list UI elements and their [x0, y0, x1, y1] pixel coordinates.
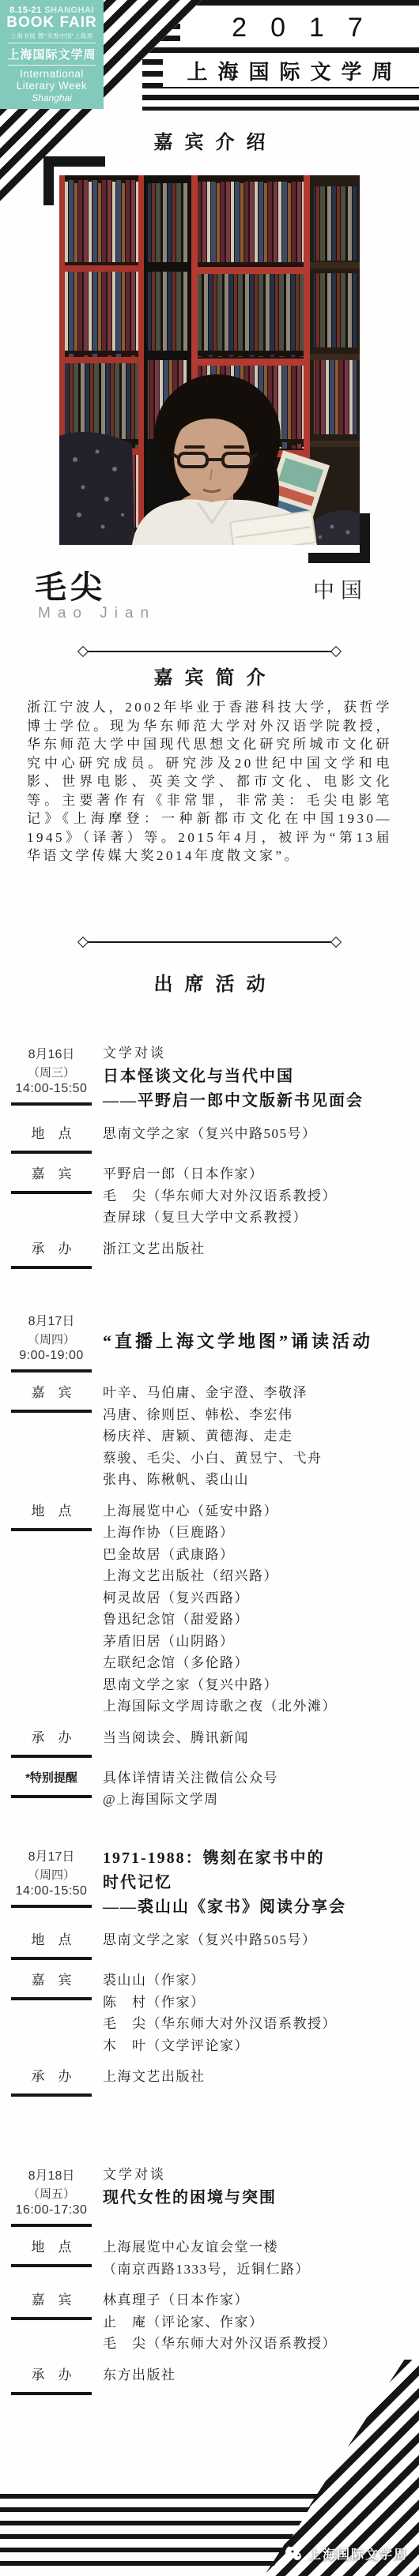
event-datetime: 8月16日（周三）14:00-15:50 [11, 1044, 92, 1106]
event-row-content: 上海展览中心（延安中路）上海作协（巨鹿路）巴金故居（武康路）上海文艺出版社（绍兴… [103, 1500, 414, 1718]
event-time: 14:00-15:50 [11, 1082, 92, 1096]
guest-photo [59, 175, 360, 545]
event-row-content: 林真理子（日本作家）止 庵（评论家、作家）毛 尖（华东师大对外汉语系教授） [103, 2289, 414, 2355]
event-row-line: 冯唐、徐则臣、韩松、李宏伟 [103, 1404, 414, 1426]
event-title: 现代女性的困境与突围 [103, 2186, 414, 2210]
event-row-line: 止 庵（评论家、作家） [103, 2311, 414, 2334]
event-row-label: 承 办 [11, 2364, 92, 2395]
event-datetime: 8月17日（周四）9:00-19:00 [11, 1311, 92, 1372]
logo-cn-week: 上海国际文学周 [0, 46, 104, 62]
event-title: ——裘山山《家书》阅读分享会 [103, 1895, 414, 1920]
event-title: 1971-1988：镌刻在家书中的 [103, 1846, 414, 1871]
event-row-content: 思南文学之家（复兴中路505号） [103, 1929, 414, 1951]
event-row-label: 承 办 [11, 2066, 92, 2097]
event-row-label: 地 点 [11, 2236, 92, 2267]
event-row-line: 巴金故居（武康路） [103, 1544, 414, 1566]
section-divider [79, 646, 340, 657]
event-row: 承 办当当阅读会、腾讯新闻 [11, 1727, 414, 1758]
event-row-line: 毛 尖（华东师大对外汉语系教授） [103, 1185, 414, 1207]
event-block: 8月18日（周五）16:00-17:30文学对谈现代女性的困境与突围地 点上海展… [11, 2165, 414, 2395]
event-row: 承 办东方出版社 [11, 2364, 414, 2395]
event-row: 地 点思南文学之家（复兴中路505号） [11, 1123, 414, 1154]
event-header: 8月18日（周五）16:00-17:30文学对谈现代女性的困境与突围 [11, 2165, 414, 2227]
event-row: 地 点上海展览中心友谊会堂一楼（南京西路1333号，近铜仁路） [11, 2236, 414, 2280]
event-row: 承 办上海文艺出版社 [11, 2066, 414, 2097]
divider-rule [87, 941, 332, 943]
section-title-events: 出席活动 [0, 968, 419, 996]
event-row-line: 毛 尖（华东师大对外汉语系教授） [103, 2013, 414, 2035]
logo-subtitle: 上海书展 暨“书香中国”上海周 [0, 32, 104, 40]
event-row-line: 叶辛、马伯庸、金宇澄、李敬泽 [103, 1382, 414, 1404]
event-row-line: 上海文艺出版社（绍兴路） [103, 1565, 414, 1587]
event-block: 8月17日（周四）9:00-19:00“直播上海文学地图”诵读活动嘉 宾叶辛、马… [11, 1311, 414, 1811]
event-block: 8月16日（周三）14:00-15:50文学对谈日本怪谈文化与当代中国——平野启… [11, 1044, 414, 1269]
event-row-label: 嘉 宾 [11, 2289, 92, 2320]
event-titles: 文学对谈现代女性的困境与突围 [103, 2165, 414, 2210]
event-type: 文学对谈 [103, 1044, 414, 1063]
event-row-line: 张冉、陈楸帆、裘山山 [103, 1469, 414, 1491]
event-row-line: 林真理子（日本作家） [103, 2289, 414, 2311]
event-row-content: 叶辛、马伯庸、金宇澄、李敬泽冯唐、徐则臣、韩松、李宏伟杨庆祥、唐颖、黄德海、走走… [103, 1382, 414, 1491]
event-date: 8月17日 [11, 1311, 92, 1329]
event-row-line: 平野启一郎（日本作家） [103, 1163, 414, 1185]
event-type: 文学对谈 [103, 2165, 414, 2184]
event-weekday: （周五） [11, 2185, 92, 2202]
event-row-label: 嘉 宾 [11, 1970, 92, 2000]
event-header: 8月17日（周四）14:00-15:501971-1988：镌刻在家书中的时代记… [11, 1846, 414, 1920]
divider-rule [87, 651, 332, 652]
event-title: 日本怪谈文化与当代中国 [103, 1065, 414, 1089]
event-time: 9:00-19:00 [11, 1349, 92, 1363]
event-row-line: 东方出版社 [103, 2364, 414, 2386]
event-row-line: 毛 尖（华东师大对外汉语系教授） [103, 2333, 414, 2355]
event-row-line: 思南文学之家（复兴中路505号） [103, 1929, 414, 1951]
book-fair-logo: 8.15-21 SHANGHAI BOOK FAIR 上海书展 暨“书香中国”上… [0, 0, 104, 109]
event-row-line: 上海展览中心友谊会堂一楼 [103, 2236, 414, 2259]
event-row-line: 蔡骏、毛尖、小白、黄昱宁、弋舟 [103, 1448, 414, 1470]
event-row-line: 茅盾旧居（山阴路） [103, 1631, 414, 1653]
event-row-line: @上海国际文学周 [103, 1789, 414, 1811]
event-row-line: 具体详情请关注微信公众号 [103, 1767, 414, 1789]
event-row-label: *特别提醒 [11, 1767, 92, 1798]
event-row-label: 地 点 [11, 1123, 92, 1154]
diamond-icon [77, 937, 89, 948]
event-header: 8月17日（周四）9:00-19:00“直播上海文学地图”诵读活动 [11, 1311, 414, 1372]
logo-title: BOOK FAIR [0, 15, 104, 31]
event-row-line: 柯灵故居（复兴西路） [103, 1587, 414, 1609]
event-row-content: 当当阅读会、腾讯新闻 [103, 1727, 414, 1749]
event-row-line: 裘山山（作家） [103, 1970, 414, 1992]
event-row-line: 上海展览中心（延安中路） [103, 1500, 414, 1523]
event-row-line: 浙江文艺出版社 [103, 1238, 414, 1260]
event-row-line: 思南文学之家（复兴中路505号） [103, 1123, 414, 1145]
event-title: ——平野启一郎中文版新书见面会 [103, 1089, 414, 1113]
event-row-line: 上海文艺出版社 [103, 2066, 414, 2088]
header-week-title: 上海国际文学周 [163, 54, 419, 87]
event-title: “直播上海文学地图”诵读活动 [103, 1328, 414, 1355]
event-row-line: 木 叶（文学评论家） [103, 2035, 414, 2057]
event-row: 地 点上海展览中心（延安中路）上海作协（巨鹿路）巴金故居（武康路）上海文艺出版社… [11, 1500, 414, 1718]
section-title-guest-bio: 嘉宾简介 [0, 662, 419, 689]
event-row: 地 点思南文学之家（复兴中路505号） [11, 1929, 414, 1960]
event-row-content: 思南文学之家（复兴中路505号） [103, 1123, 414, 1145]
footer-logo-icon [285, 2546, 304, 2562]
event-row-line: 鲁迅纪念馆（甜爱路） [103, 1609, 414, 1631]
guest-photo-illustration [59, 175, 360, 545]
guest-country: 中国 [313, 573, 368, 604]
event-row-label: 地 点 [11, 1500, 92, 1531]
event-titles: 1971-1988：镌刻在家书中的时代记忆——裘山山《家书》阅读分享会 [103, 1846, 414, 1920]
logo-script: Shanghai [0, 92, 104, 103]
corner-bracket-top-left [43, 156, 54, 205]
event-row-label: 承 办 [11, 1238, 92, 1269]
event-row: 嘉 宾裘山山（作家）陈 村（作家）毛 尖（华东师大对外汉语系教授）木 叶（文学评… [11, 1970, 414, 2056]
event-row: 嘉 宾平野启一郎（日本作家）毛 尖（华东师大对外汉语系教授）查屏球（复旦大学中文… [11, 1163, 414, 1229]
event-datetime: 8月18日（周五）16:00-17:30 [11, 2165, 92, 2227]
logo-en-line1: International [0, 68, 104, 80]
guest-name-pinyin: Mao Jian [38, 605, 156, 622]
header-year: 2017 [180, 9, 419, 46]
logo-en-line2: Literary Week [0, 80, 104, 92]
section-divider [79, 937, 340, 948]
event-row-label: 嘉 宾 [11, 1163, 92, 1194]
diamond-icon [330, 937, 342, 948]
diamond-icon [77, 646, 89, 657]
event-row-label: 地 点 [11, 1929, 92, 1960]
event-date: 8月17日 [11, 1846, 92, 1864]
logo-divider [8, 65, 96, 66]
event-weekday: （周三） [11, 1064, 92, 1080]
event-row-line: 当当阅读会、腾讯新闻 [103, 1727, 414, 1749]
event-row-label: 嘉 宾 [11, 1382, 92, 1413]
footer-watermark: 上海国际文学周 [285, 2544, 408, 2563]
event-row-label: 承 办 [11, 1727, 92, 1758]
event-datetime: 8月17日（周四）14:00-15:50 [11, 1846, 92, 1908]
event-weekday: （周四） [11, 1866, 92, 1883]
event-row-line: 上海国际文学周诗歌之夜（北外滩） [103, 1695, 414, 1718]
event-row: 嘉 宾叶辛、马伯庸、金宇澄、李敬泽冯唐、徐则臣、韩松、李宏伟杨庆祥、唐颖、黄德海… [11, 1382, 414, 1491]
event-row-line: 上海作协（巨鹿路） [103, 1522, 414, 1544]
corner-bracket-bottom-right [360, 513, 370, 563]
diamond-icon [330, 646, 342, 657]
event-row-content: 具体详情请关注微信公众号@上海国际文学周 [103, 1767, 414, 1811]
event-row-line: 陈 村（作家） [103, 1992, 414, 2014]
event-title: 时代记忆 [103, 1871, 414, 1895]
event-titles: “直播上海文学地图”诵读活动 [103, 1311, 414, 1355]
event-header: 8月16日（周三）14:00-15:50文学对谈日本怪谈文化与当代中国——平野启… [11, 1044, 414, 1113]
event-row-content: 上海文艺出版社 [103, 2066, 414, 2088]
event-weekday: （周四） [11, 1331, 92, 1347]
event-row-line: 左联纪念馆（多伦路） [103, 1652, 414, 1674]
event-date: 8月16日 [11, 1044, 92, 1062]
event-row: 嘉 宾林真理子（日本作家）止 庵（评论家、作家）毛 尖（华东师大对外汉语系教授） [11, 2289, 414, 2355]
guest-name-cn: 毛尖 [35, 562, 106, 607]
poster-page: 2017 上海国际文学周 8.15-21 SHANGHAI BOOK FAIR … [0, 0, 419, 2576]
event-date: 8月18日 [11, 2165, 92, 2184]
event-block: 8月17日（周四）14:00-15:501971-1988：镌刻在家书中的时代记… [11, 1846, 414, 2097]
event-row: *特别提醒具体详情请关注微信公众号@上海国际文学周 [11, 1767, 414, 1811]
event-titles: 文学对谈日本怪谈文化与当代中国——平野启一郎中文版新书见面会 [103, 1044, 414, 1113]
event-row-content: 裘山山（作家）陈 村（作家）毛 尖（华东师大对外汉语系教授）木 叶（文学评论家） [103, 1970, 414, 2056]
event-time: 16:00-17:30 [11, 2203, 92, 2217]
event-row-content: 东方出版社 [103, 2364, 414, 2386]
event-row-content: 平野启一郎（日本作家）毛 尖（华东师大对外汉语系教授）查屏球（复旦大学中文系教授… [103, 1163, 414, 1229]
section-title-guest-intro: 嘉宾介绍 [0, 126, 419, 154]
footer-watermark-text: 上海国际文学周 [308, 2544, 408, 2563]
event-row-content: 浙江文艺出版社 [103, 1238, 414, 1260]
event-time: 14:00-15:50 [11, 1884, 92, 1898]
logo-divider [8, 43, 96, 43]
event-row-line: 杨庆祥、唐颖、黄德海、走走 [103, 1425, 414, 1448]
event-row-line: （南京西路1333号，近铜仁路） [103, 2259, 414, 2281]
guest-bio-text: 浙江宁波人，2002年毕业于香港科技大学，获哲学博士学位。现为华东师范大学对外汉… [27, 698, 392, 866]
event-row-line: 查屏球（复旦大学中文系教授） [103, 1207, 414, 1229]
event-row: 承 办浙江文艺出版社 [11, 1238, 414, 1269]
event-row-content: 上海展览中心友谊会堂一楼（南京西路1333号，近铜仁路） [103, 2236, 414, 2280]
event-row-line: 思南文学之家（复兴中路） [103, 1674, 414, 1696]
